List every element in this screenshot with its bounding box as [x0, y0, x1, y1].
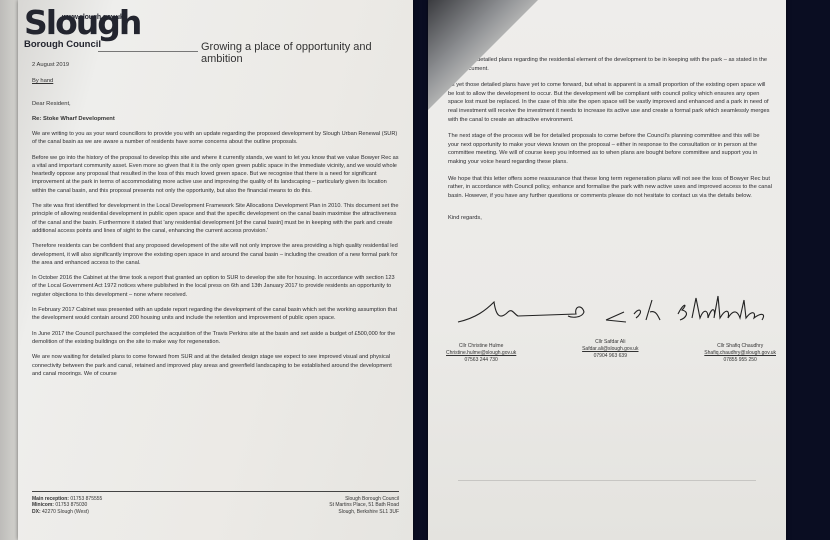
- council-logo: Slough www.slough.gov.uk Borough Council: [24, 8, 140, 50]
- subject-line: Re: Stoke Wharf Development: [32, 116, 115, 122]
- signer-name: Cllr Shafiq Chaudhry: [704, 343, 776, 350]
- signer: Cllr Shafiq Chaudhry Shafiq.chaudhry@slo…: [704, 343, 776, 364]
- address-line: Slough, Berkshire SL1 3UF: [329, 509, 399, 515]
- salutation: Dear Resident,: [32, 101, 71, 107]
- signer-email-link[interactable]: Shafiq.chaudhry@slough.gov.uk: [704, 350, 776, 357]
- footer-address: Slough Borough Council St Martins Place,…: [329, 496, 399, 515]
- logo-url: www.slough.gov.uk: [62, 14, 124, 21]
- signer-list: Cllr Christine Hulme Christine.hulme@slo…: [446, 343, 776, 364]
- paragraph: In June 2017 the Council purchased the c…: [32, 330, 399, 347]
- letter-body-page-1: We are writing to you as your ward counc…: [32, 130, 399, 385]
- paragraph: We hope that this letter offers some rea…: [448, 175, 772, 201]
- paragraph: In October 2016 the Cabinet at the time …: [32, 274, 399, 299]
- paragraph: Before we go into the history of the pro…: [32, 154, 399, 195]
- paragraph: Therefore residents can be confident tha…: [32, 242, 399, 267]
- paragraph: We are writing to you as your ward counc…: [32, 130, 399, 147]
- paragraph: In February 2017 Cabinet was presented w…: [32, 306, 399, 323]
- footer-value: 01753 875030: [55, 502, 87, 508]
- show-through-text: [458, 410, 756, 481]
- signer-name: Cllr Christine Hulme: [446, 343, 516, 350]
- tagline-rule: [98, 51, 198, 52]
- address-line: St Martins Place, 51 Bath Road: [329, 502, 399, 508]
- signatures: [456, 290, 776, 330]
- logo-wordmark: Slough: [24, 8, 140, 38]
- signer-phone: 07904 963 639: [582, 353, 638, 360]
- paragraph: The next stage of the process will be fo…: [448, 132, 772, 166]
- paragraph: The site was first identified for develo…: [32, 202, 399, 235]
- letter-page-2: expect any detailed plans regarding the …: [428, 0, 786, 540]
- signer-email-link[interactable]: Christine.hulme@slough.gov.uk: [446, 350, 516, 357]
- signer-phone: 07563 244 730: [446, 357, 516, 364]
- tagline: Growing a place of opportunity and ambit…: [201, 41, 413, 65]
- letter-page-1: Slough www.slough.gov.uk Borough Council…: [18, 0, 413, 540]
- closing: Kind regards,: [448, 214, 772, 223]
- signer-email-link[interactable]: Safdar.ali@slough.gov.uk: [582, 346, 638, 353]
- footer-label: Main reception:: [32, 496, 69, 502]
- paragraph: expect any detailed plans regarding the …: [448, 56, 772, 73]
- signer-name: Cllr Safdar Ali: [582, 339, 638, 346]
- footer-value: 42270 Slough (West): [42, 509, 89, 515]
- letter-body-page-2: expect any detailed plans regarding the …: [448, 56, 772, 231]
- footer-value: 01753 875555: [70, 496, 102, 502]
- footer-contacts: Main reception: 01753 875555 Minicom: 01…: [32, 496, 102, 515]
- signer: Cllr Christine Hulme Christine.hulme@slo…: [446, 343, 516, 364]
- paragraph: As yet those detailed plans have yet to …: [448, 81, 772, 124]
- footer-label: Minicom:: [32, 502, 54, 508]
- signer: Cllr Safdar Ali Safdar.ali@slough.gov.uk…: [582, 339, 638, 364]
- footer-label: DX:: [32, 509, 41, 515]
- letter-date: 2 August 2019: [32, 62, 69, 68]
- footer-divider: [32, 491, 399, 492]
- delivery-method: By hand: [32, 78, 53, 84]
- page-edge: [0, 0, 18, 540]
- signer-phone: 07855 955 250: [704, 357, 776, 364]
- paragraph: We are now waiting for detailed plans to…: [32, 353, 399, 378]
